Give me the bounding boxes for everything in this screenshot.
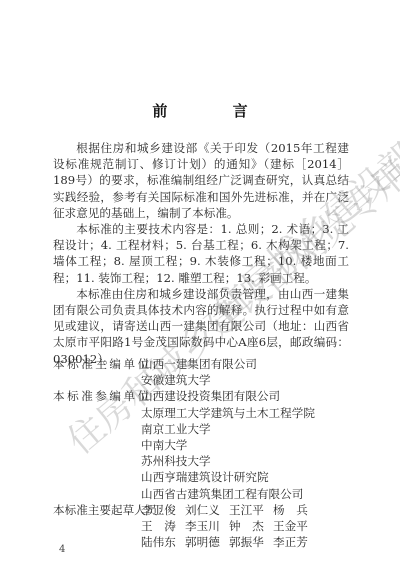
drafter-name: 李卫俊	[141, 502, 185, 518]
participating-unit: 苏州科技大学	[141, 453, 353, 469]
participating-unit: 南京工业大学	[141, 421, 353, 437]
drafter-name: 郭振华	[229, 534, 273, 550]
drafter-name: 王 涛	[141, 518, 185, 534]
drafter-name: 钟 杰	[229, 518, 273, 534]
page-number: 4	[59, 544, 65, 555]
drafter-name: 王江平	[229, 502, 273, 518]
drafter-name: 李正芳	[273, 534, 317, 550]
main-drafters: 本标准主要起草人员： 李卫俊 刘仁义 王江平 杨 兵 王 涛 李玉川 钟 杰 王…	[53, 502, 353, 551]
preface-body: 根据住房和城乡建设部《关于印发（2015年工程建设标准规范制订、修订计划）的通知…	[53, 140, 349, 367]
chief-editor-unit: 山西一建集团有限公司	[141, 356, 353, 372]
main-drafters-label: 本标准主要起草人员：	[53, 502, 141, 551]
paragraph-contents: 本标准的主要技术内容是：1. 总则；2. 术语；3. 工程设计；4. 工程材料；…	[53, 221, 349, 286]
paragraph-basis: 根据住房和城乡建设部《关于印发（2015年工程建设标准规范制订、修订计划）的通知…	[53, 140, 349, 221]
drafter-name: 郭明德	[185, 534, 229, 550]
chief-editor-units: 本标准主编单位： 山西一建集团有限公司 安徽建筑大学	[53, 356, 353, 388]
editorial-units: 本标准主编单位： 山西一建集团有限公司 安徽建筑大学 本标准参编单位： 山西建设…	[53, 356, 353, 550]
chief-editor-unit: 安徽建筑大学	[141, 372, 353, 388]
participating-label: 本标准参编单位：	[53, 388, 141, 501]
drafter-name: 刘仁义	[185, 502, 229, 518]
participating-unit: 山西省古建筑集团工程有限公司	[141, 486, 353, 502]
chief-editor-label: 本标准主编单位：	[53, 356, 141, 388]
participating-units: 本标准参编单位： 山西建设投资集团有限公司 太原理工大学建筑与土木工程学院 南京…	[53, 388, 353, 501]
participating-unit: 太原理工大学建筑与土木工程学院	[141, 405, 353, 421]
page-title: 前 言	[0, 100, 400, 121]
document-page: 前 言 根据住房和城乡建设部《关于印发（2015年工程建设标准规范制订、修订计划…	[0, 0, 400, 579]
drafter-name: 陆伟东	[141, 534, 185, 550]
drafter-name: 王金平	[273, 518, 317, 534]
drafter-name: 杨 兵	[273, 502, 317, 518]
paragraph-management: 本标准由住房和城乡建设部负责管理，由山西一建集团有限公司负责具体技术内容的解释。…	[53, 286, 349, 367]
drafter-name: 李玉川	[185, 518, 229, 534]
participating-unit: 山西建设投资集团有限公司	[141, 388, 353, 404]
participating-unit: 山西亨瑞建筑设计研究院	[141, 469, 353, 485]
participating-unit: 中南大学	[141, 437, 353, 453]
